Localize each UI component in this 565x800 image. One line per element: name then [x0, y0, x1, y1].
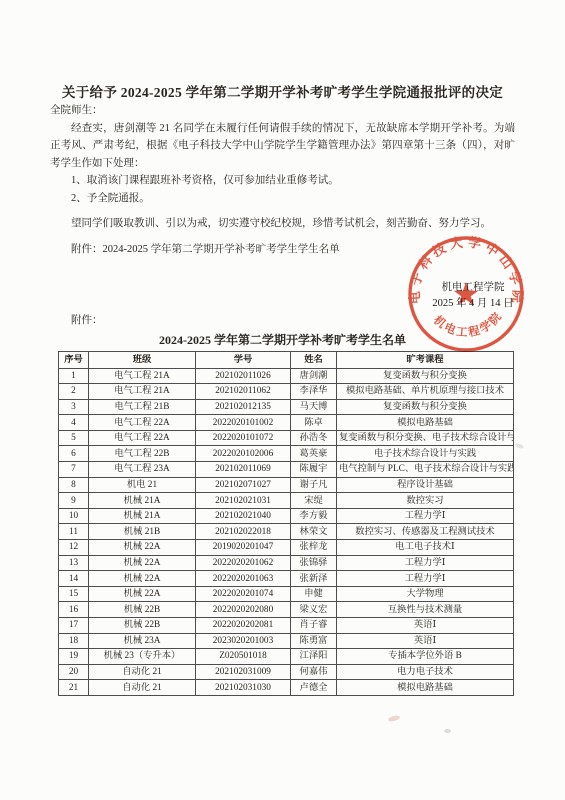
- student-id-cell: Z020501018: [196, 649, 291, 665]
- scan-speck: [388, 715, 401, 723]
- decision-item-1: 1、取消该门课程跟班补考资格，仅可参加结业重修考试。: [50, 172, 515, 190]
- index-cell: 19: [59, 649, 89, 665]
- course-cell: 模拟电路基础、单片机原理与接口技术: [337, 384, 514, 400]
- class-cell: 机电 21: [89, 477, 196, 493]
- name-cell: 孙浩冬: [291, 430, 337, 446]
- student-id-cell: 202102022018: [196, 524, 291, 540]
- header-student-id-cell: 学号: [196, 351, 291, 368]
- student-id-cell: 202102011026: [196, 368, 291, 384]
- name-cell: 陈卓: [291, 415, 337, 431]
- student-id-cell: 202102021040: [196, 508, 291, 524]
- student-id-cell: 202102011069: [196, 462, 291, 478]
- table-row: 18机械 23A2023020201003陈勇富英语Ⅰ: [59, 633, 514, 649]
- decision-item-2: 2、予全院通报。: [50, 190, 515, 208]
- name-cell: 何嘉伟: [291, 664, 337, 680]
- index-cell: 8: [59, 477, 89, 493]
- student-id-cell: 202102031030: [196, 680, 291, 696]
- class-cell: 电气工程 23A: [89, 462, 196, 478]
- index-cell: 3: [59, 399, 89, 415]
- index-cell: 20: [59, 664, 89, 680]
- header-index-cell: 序号: [59, 351, 89, 368]
- class-cell: 电气工程 21B: [89, 399, 196, 415]
- course-cell: 电气控制与 PLC、电子技术综合设计与实践: [337, 462, 514, 478]
- name-cell: 葛英豪: [291, 446, 337, 462]
- student-id-cell: 2022020201062: [196, 555, 291, 571]
- class-cell: 机械 22A: [89, 540, 196, 556]
- table-row: 16机械 22B2022020202080梁义宏互换性与技术测量: [59, 602, 514, 618]
- class-cell: 机械 23A: [89, 633, 196, 649]
- signature-unit: 机电工程学院: [408, 280, 538, 296]
- index-cell: 17: [59, 618, 89, 634]
- student-id-cell: 2022020202081: [196, 618, 291, 634]
- student-id-cell: 2022020202080: [196, 602, 291, 618]
- table-row: 15机械 22A2022020201074申健大学物理: [59, 586, 514, 602]
- table-row: 13机械 22A2022020201062张锦驿工程力学Ⅰ: [59, 555, 514, 571]
- class-cell: 机械 21A: [89, 493, 196, 509]
- class-cell: 机械 21A: [89, 508, 196, 524]
- table-row: 4电气工程 22A2022020101002陈卓模拟电路基础: [59, 415, 514, 431]
- scanned-notice-page: 关于给予 2024-2025 学年第二学期开学补考旷考学生学院通报批评的决定 全…: [0, 0, 565, 800]
- header-course-cell: 旷考课程: [337, 351, 514, 368]
- document-title: 关于给予 2024-2025 学年第二学期开学补考旷考学生学院通报批评的决定: [50, 84, 515, 102]
- name-cell: 陈履宇: [291, 462, 337, 478]
- index-cell: 13: [59, 555, 89, 571]
- table-row: 19机械 23（专升本）Z020501018江泽阳专插本学位外语 B: [59, 649, 514, 665]
- signature-date: 2025 年 4 月 14 日: [408, 296, 538, 312]
- class-cell: 机械 22A: [89, 586, 196, 602]
- course-cell: 英语Ⅰ: [337, 633, 514, 649]
- course-cell: 电子技术综合设计与实践: [337, 446, 514, 462]
- student-id-cell: 202102071027: [196, 477, 291, 493]
- table-row: 6电气工程 22B2022020102006葛英豪电子技术综合设计与实践: [59, 446, 514, 462]
- index-cell: 5: [59, 430, 89, 446]
- course-cell: 工程力学Ⅰ: [337, 571, 514, 587]
- index-cell: 18: [59, 633, 89, 649]
- class-cell: 自动化 21: [89, 664, 196, 680]
- salutation: 全院师生：: [50, 102, 515, 120]
- course-cell: 数控实习: [337, 493, 514, 509]
- header-class-cell: 班级: [89, 351, 196, 368]
- name-cell: 肖子睿: [291, 618, 337, 634]
- course-cell: 复变函数与积分变换: [337, 399, 514, 415]
- name-cell: 林荣文: [291, 524, 337, 540]
- name-cell: 李泽华: [291, 384, 337, 400]
- name-cell: 张锦驿: [291, 555, 337, 571]
- name-cell: 申健: [291, 586, 337, 602]
- class-cell: 电气工程 22A: [89, 430, 196, 446]
- course-cell: 工程力学Ⅰ: [337, 508, 514, 524]
- class-cell: 机械 22B: [89, 602, 196, 618]
- course-cell: 大学物理: [337, 586, 514, 602]
- table-row: 12机械 22A2019020201047张梓龙电工电子技术Ⅰ: [59, 540, 514, 556]
- index-cell: 15: [59, 586, 89, 602]
- index-cell: 10: [59, 508, 89, 524]
- course-cell: 程序设计基础: [337, 477, 514, 493]
- attachment-reference: 附件：2024-2025 学年第二学期开学补考旷考学生学生名单: [50, 241, 515, 259]
- index-cell: 2: [59, 384, 89, 400]
- name-cell: 马天博: [291, 399, 337, 415]
- student-id-cell: 2023020201003: [196, 633, 291, 649]
- name-cell: 张新泽: [291, 571, 337, 587]
- class-cell: 机械 23（专升本）: [89, 649, 196, 665]
- scan-speck: [444, 729, 451, 733]
- name-cell: 卢德全: [291, 680, 337, 696]
- table-row: 21自动化 21202102031030卢德全模拟电路基础: [59, 680, 514, 696]
- class-cell: 机械 21B: [89, 524, 196, 540]
- name-cell: 谢子凡: [291, 477, 337, 493]
- student-id-cell: 2022020101002: [196, 415, 291, 431]
- table-header-row: 序号班级学号姓名旷考课程: [59, 351, 514, 368]
- table-row: 8机电 21202102071027谢子凡程序设计基础: [59, 477, 514, 493]
- roster-table: 序号班级学号姓名旷考课程 1电气工程 21A202102011026唐剑潮复变函…: [58, 351, 514, 696]
- index-cell: 4: [59, 415, 89, 431]
- course-cell: 工程力学Ⅰ: [337, 555, 514, 571]
- table-row: 11机械 21B202102022018林荣文数控实习、传感器及工程测试技术: [59, 524, 514, 540]
- table-row: 5电气工程 22A2022020101072孙浩冬复变函数与积分变换、电子技术综…: [59, 430, 514, 446]
- class-cell: 自动化 21: [89, 680, 196, 696]
- index-cell: 12: [59, 540, 89, 556]
- exhortation-paragraph: 望同学们吸取教训、引以为戒，切实遵守校纪校规，珍惜考试机会，刻苦勤奋、努力学习。: [50, 215, 515, 233]
- class-cell: 电气工程 21A: [89, 368, 196, 384]
- student-id-cell: 202102011062: [196, 384, 291, 400]
- student-id-cell: 2022020102006: [196, 446, 291, 462]
- class-cell: 机械 22A: [89, 571, 196, 587]
- index-cell: 7: [59, 462, 89, 478]
- student-id-cell: 2019020201047: [196, 540, 291, 556]
- index-cell: 9: [59, 493, 89, 509]
- roster-table-body: 1电气工程 21A202102011026唐剑潮复变函数与积分变换2电气工程 2…: [59, 368, 514, 695]
- student-id-cell: 2022020101072: [196, 430, 291, 446]
- course-cell: 电力电子技术: [337, 664, 514, 680]
- table-row: 20自动化 21202102031009何嘉伟电力电子技术: [59, 664, 514, 680]
- course-cell: 数控实习、传感器及工程测试技术: [337, 524, 514, 540]
- student-id-cell: 202102012135: [196, 399, 291, 415]
- name-cell: 张梓龙: [291, 540, 337, 556]
- index-cell: 1: [59, 368, 89, 384]
- name-cell: 唐剑潮: [291, 368, 337, 384]
- class-cell: 电气工程 22A: [89, 415, 196, 431]
- name-cell: 李方毅: [291, 508, 337, 524]
- student-id-cell: 2022020201063: [196, 571, 291, 587]
- body-paragraph: 经查实，唐剑潮等 21 名同学在未履行任何请假手续的情况下，无故缺席本学期开学补…: [50, 120, 515, 173]
- table-row: 2电气工程 21A202102011062李泽华模拟电路基础、单片机原理与接口技…: [59, 384, 514, 400]
- student-id-cell: 202102021031: [196, 493, 291, 509]
- table-row: 3电气工程 21B202102012135马天博复变函数与积分变换: [59, 399, 514, 415]
- signature-block: 机电工程学院 2025 年 4 月 14 日: [408, 280, 538, 311]
- table-row: 14机械 22A2022020201063张新泽工程力学Ⅰ: [59, 571, 514, 587]
- table-row: 10机械 21A202102021040李方毅工程力学Ⅰ: [59, 508, 514, 524]
- class-cell: 机械 22A: [89, 555, 196, 571]
- attachment-label: 附件：: [50, 312, 515, 330]
- table-row: 1电气工程 21A202102011026唐剑潮复变函数与积分变换: [59, 368, 514, 384]
- name-cell: 宋缇: [291, 493, 337, 509]
- class-cell: 电气工程 21A: [89, 384, 196, 400]
- course-cell: 电工电子技术Ⅰ: [337, 540, 514, 556]
- course-cell: 模拟电路基础: [337, 680, 514, 696]
- name-cell: 陈勇富: [291, 633, 337, 649]
- index-cell: 14: [59, 571, 89, 587]
- index-cell: 16: [59, 602, 89, 618]
- course-cell: 英语Ⅰ: [337, 618, 514, 634]
- header-name-cell: 姓名: [291, 351, 337, 368]
- index-cell: 21: [59, 680, 89, 696]
- course-cell: 互换性与技术测量: [337, 602, 514, 618]
- class-cell: 机械 22B: [89, 618, 196, 634]
- course-cell: 专插本学位外语 B: [337, 649, 514, 665]
- class-cell: 电气工程 22B: [89, 446, 196, 462]
- name-cell: 江泽阳: [291, 649, 337, 665]
- table-row: 7电气工程 23A202102011069陈履宇电气控制与 PLC、电子技术综合…: [59, 462, 514, 478]
- course-cell: 复变函数与积分变换: [337, 368, 514, 384]
- course-cell: 复变函数与积分变换、电子技术综合设计与实践: [337, 430, 514, 446]
- course-cell: 模拟电路基础: [337, 415, 514, 431]
- index-cell: 6: [59, 446, 89, 462]
- student-id-cell: 202102031009: [196, 664, 291, 680]
- name-cell: 梁义宏: [291, 602, 337, 618]
- table-row: 9机械 21A202102021031宋缇数控实习: [59, 493, 514, 509]
- table-row: 17机械 22B2022020202081肖子睿英语Ⅰ: [59, 618, 514, 634]
- student-id-cell: 2022020201074: [196, 586, 291, 602]
- index-cell: 11: [59, 524, 89, 540]
- roster-title: 2024-2025 学年第二学期开学补考旷考学生名单: [50, 332, 515, 349]
